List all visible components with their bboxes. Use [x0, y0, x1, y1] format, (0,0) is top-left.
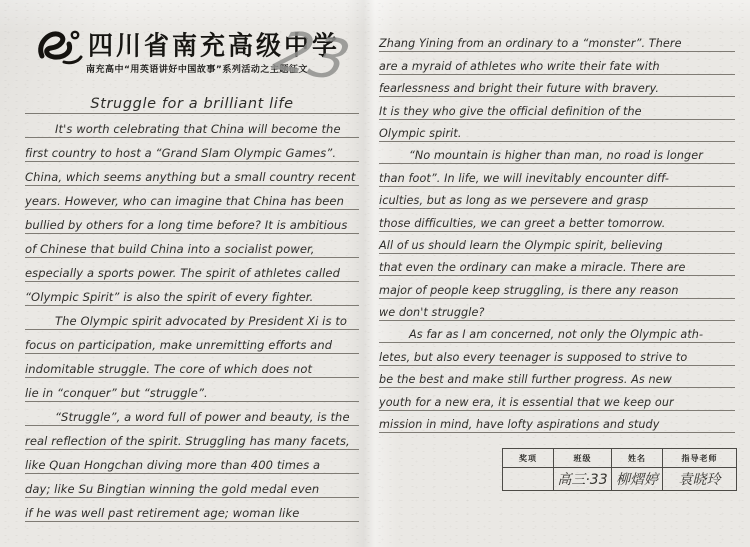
name-value: 柳熠婷	[612, 468, 663, 491]
essay-line: iculties, but as long as we persevere an…	[379, 187, 735, 209]
scanned-essay-sheet: 四川省南充高级中学 南充高中“用英语讲好中国故事”系列活动之主题征文 23 St…	[0, 0, 750, 547]
right-page: Zhang Yining from an ordinary to a “mons…	[379, 30, 735, 433]
essay-line: those difficulties, we can greet a bette…	[379, 209, 735, 231]
essay-line: than foot”. In life, we will inevitably …	[379, 164, 735, 186]
left-page: Struggle for a brilliant life It's worth…	[25, 90, 359, 522]
essay-line: Zhang Yining from an ordinary to a “mons…	[379, 30, 735, 52]
essay-line: It is they who give the official definit…	[379, 97, 735, 119]
essay-line: first country to host a “Grand Slam Olym…	[25, 138, 359, 162]
essay-line: It's worth celebrating that China will b…	[25, 114, 359, 138]
essay-line: bullied by others for a long time before…	[25, 210, 359, 234]
essay-line: day; like Su Bingtian winning the gold m…	[25, 474, 359, 498]
essay-line: of Chinese that build China into a socia…	[25, 234, 359, 258]
award-value	[503, 468, 554, 491]
essay-line: be the best and make still further progr…	[379, 366, 735, 388]
essay-line: focus on participation, make unremitting…	[25, 330, 359, 354]
essay-line: fearlessness and bright their future wit…	[379, 75, 735, 97]
essay-line: are a myraid of athletes who write their…	[379, 52, 735, 74]
essay-line: like Quan Hongchan diving more than 400 …	[25, 450, 359, 474]
essay-line: we don't struggle?	[379, 299, 735, 321]
submission-info-table: 奖项 班级 姓名 指导老师 高三·33 柳熠婷 袁晓玲	[502, 448, 737, 491]
essay-line: “No mountain is higher than man, no road…	[379, 142, 735, 164]
essay-line: All of us should learn the Olympic spiri…	[379, 232, 735, 254]
essay-line: “Struggle”, a word full of power and bea…	[25, 402, 359, 426]
essay-line: lie in “conquer” but “struggle”.	[25, 378, 359, 402]
class-value: 高三·33	[554, 468, 612, 491]
essay-line: Olympic spirit.	[379, 120, 735, 142]
teacher-value: 袁晓玲	[663, 468, 737, 491]
essay-line: China, which seems anything but a small …	[25, 162, 359, 186]
essay-line: especially a sports power. The spirit of…	[25, 258, 359, 282]
essay-title: Struggle for a brilliant life	[25, 90, 359, 114]
info-table-header-row: 奖项 班级 姓名 指导老师	[503, 449, 737, 468]
essay-line: The Olympic spirit advocated by Presiden…	[25, 306, 359, 330]
essay-line: As far as I am concerned, not only the O…	[379, 321, 735, 343]
essay-line: mission in mind, have lofty aspirations …	[379, 411, 735, 433]
essay-line: that even the ordinary can make a miracl…	[379, 254, 735, 276]
school-logo-icon	[34, 26, 86, 68]
essay-line: if he was well past retirement age; woma…	[25, 498, 359, 522]
essay-line: years. However, who can imagine that Chi…	[25, 186, 359, 210]
header-class: 班级	[554, 449, 612, 468]
essay-line: indomitable struggle. The core of which …	[25, 354, 359, 378]
essay-line: real reflection of the spirit. Strugglin…	[25, 426, 359, 450]
header-award: 奖项	[503, 449, 554, 468]
header-teacher: 指导老师	[663, 449, 737, 468]
header-name: 姓名	[612, 449, 663, 468]
info-table-data-row: 高三·33 柳熠婷 袁晓玲	[503, 468, 737, 491]
essay-line: “Olympic Spirit” is also the spirit of e…	[25, 282, 359, 306]
letterhead: 四川省南充高级中学 南充高中“用英语讲好中国故事”系列活动之主题征文 23	[0, 0, 370, 96]
essay-line: major of people keep struggling, is ther…	[379, 276, 735, 298]
essay-line: youth for a new era, it is essential tha…	[379, 388, 735, 410]
essay-line: letes, but also every teenager is suppos…	[379, 343, 735, 365]
